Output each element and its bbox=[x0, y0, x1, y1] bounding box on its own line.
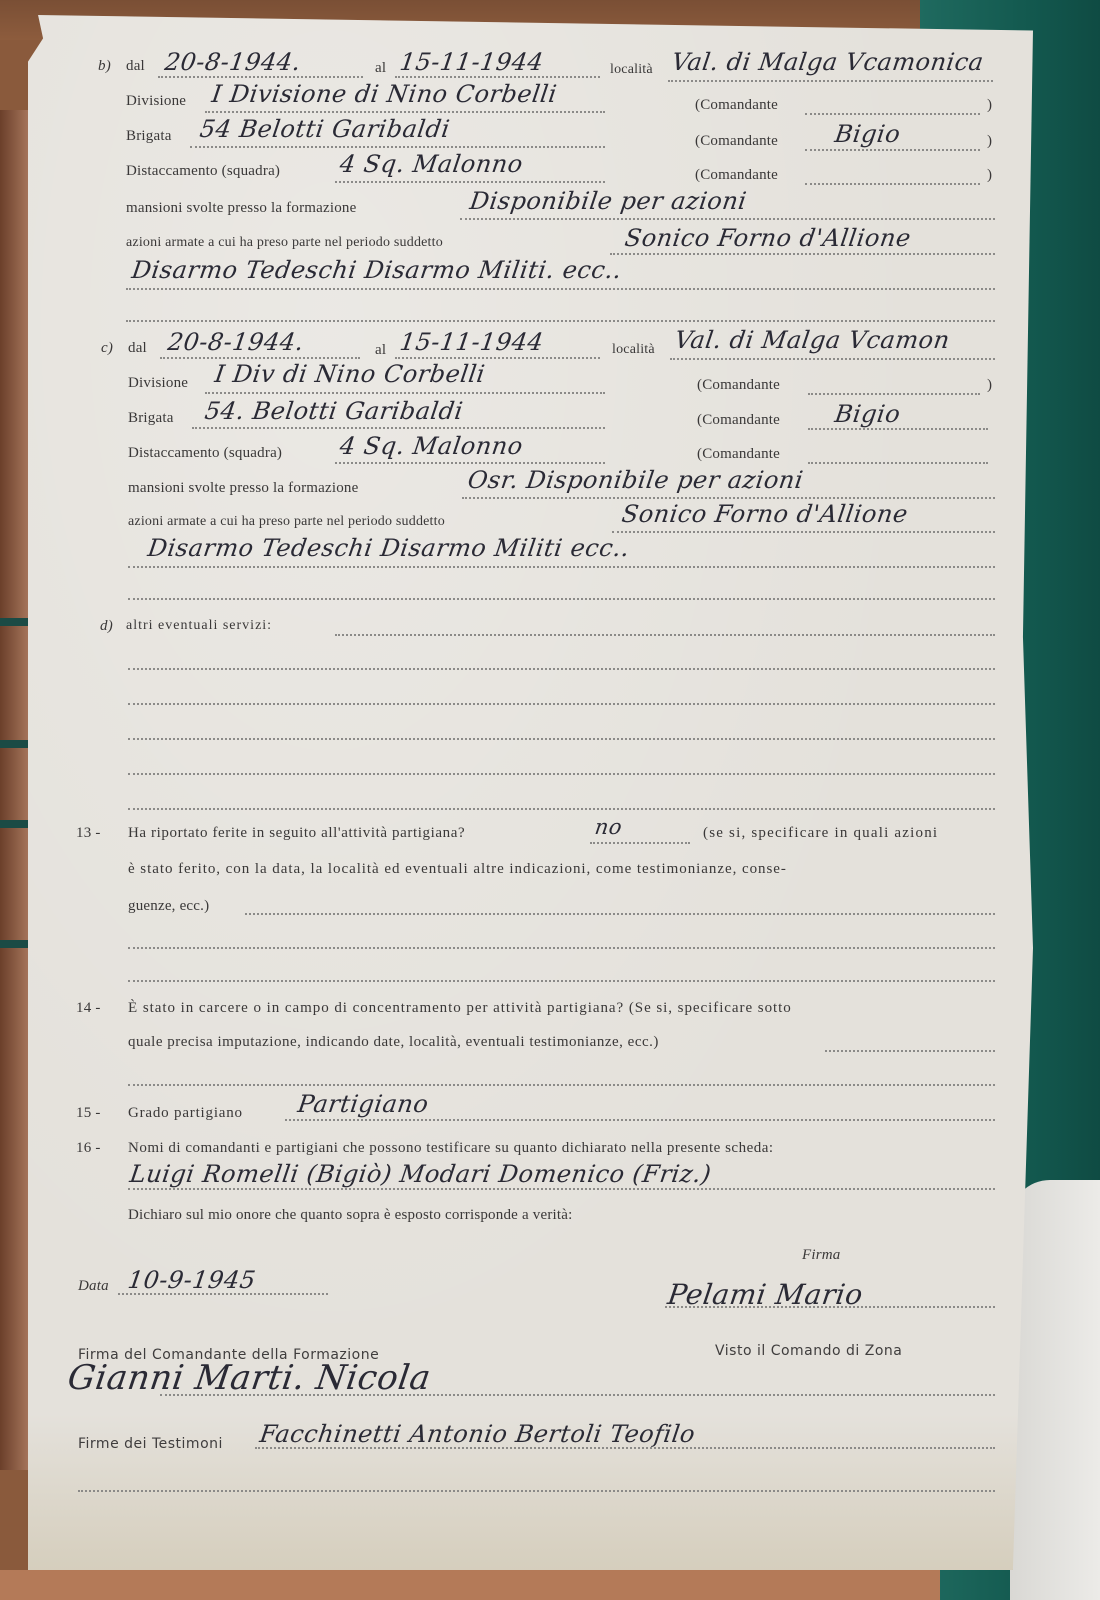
dal-field-line bbox=[160, 357, 360, 359]
distaccamento-value: 4 Sq. Malonno bbox=[338, 432, 525, 460]
divisione-label: Divisione bbox=[126, 93, 186, 110]
q15-answer: Partigiano bbox=[296, 1090, 430, 1118]
mansioni-field-line bbox=[460, 218, 995, 220]
al-field-line bbox=[395, 357, 600, 359]
q13-text: Ha riportato ferite in seguito all'attiv… bbox=[128, 825, 465, 842]
al-label: al bbox=[375, 60, 386, 77]
azioni-value-line1: Sonico Forno d'Allione bbox=[623, 224, 913, 252]
blank-line bbox=[128, 808, 995, 810]
comandante-field-line bbox=[160, 1394, 995, 1396]
divisione-field-line bbox=[205, 392, 605, 394]
testimoni-signatures: Facchinetti Antonio Bertoli Teofilo bbox=[258, 1420, 697, 1448]
comandante-label: (Comandante bbox=[695, 97, 778, 114]
blank-line bbox=[128, 980, 995, 982]
q14-text-line2: quale precisa imputazione, indicando dat… bbox=[128, 1034, 659, 1051]
mansioni-value: Osr. Disponibile per azioni bbox=[466, 466, 805, 494]
blank-line bbox=[78, 1490, 995, 1492]
mansioni-field-line bbox=[462, 497, 995, 499]
comandante-field-line bbox=[808, 428, 988, 430]
left-band bbox=[0, 740, 30, 748]
comandante-field-line bbox=[805, 113, 980, 115]
section-b-label: b) bbox=[98, 58, 111, 75]
altri-servizi-field-line bbox=[335, 634, 995, 636]
comandante-field-line bbox=[808, 393, 980, 395]
divisione-value: I Div di Nino Corbelli bbox=[213, 360, 487, 388]
comandante-field-line bbox=[805, 149, 980, 151]
comandante-label: (Comandante bbox=[695, 167, 778, 184]
brigata-value: 54 Belotti Garibaldi bbox=[198, 115, 452, 143]
localita-label: località bbox=[610, 62, 653, 78]
brigata-field-line bbox=[190, 146, 605, 148]
comandante-label: (Comandante bbox=[697, 446, 780, 463]
q16-answer-line bbox=[128, 1188, 995, 1190]
azioni-label: azioni armate a cui ha preso parte nel p… bbox=[128, 514, 445, 530]
blank-line bbox=[128, 668, 995, 670]
blank-line bbox=[128, 1084, 995, 1086]
testimoni-field-line bbox=[255, 1447, 995, 1449]
q15-answer-line bbox=[285, 1119, 995, 1121]
blank-line bbox=[128, 773, 995, 775]
azioni-field-line bbox=[612, 531, 995, 533]
wood-background-bottom bbox=[0, 1570, 940, 1600]
brigata-comandante-value: Bigio bbox=[833, 120, 902, 148]
al-value: 15-11-1944 bbox=[398, 328, 545, 356]
comandante-label: (Comandante bbox=[697, 412, 780, 429]
al-value: 15-11-1944 bbox=[398, 48, 545, 76]
white-paper-corner bbox=[1010, 1180, 1100, 1600]
mansioni-label: mansioni svolte presso la formazione bbox=[126, 200, 356, 217]
dal-label: dal bbox=[128, 340, 147, 357]
q14-answer-line bbox=[825, 1050, 995, 1052]
blank-line bbox=[128, 738, 995, 740]
comandante-field-line bbox=[808, 462, 988, 464]
q15-number: 15 - bbox=[76, 1105, 101, 1122]
testimoni-label: Firme dei Testimoni bbox=[78, 1436, 223, 1452]
firma-label: Firma bbox=[802, 1247, 841, 1264]
comandante-field-line bbox=[805, 183, 980, 185]
left-band bbox=[0, 618, 30, 626]
q15-text: Grado partigiano bbox=[128, 1105, 243, 1122]
close-paren: ) bbox=[987, 133, 992, 150]
q16-answer: Luigi Romelli (Bigiò) Modari Domenico (F… bbox=[128, 1160, 713, 1188]
distaccamento-label: Distaccamento (squadra) bbox=[128, 445, 282, 462]
close-paren: ) bbox=[987, 97, 992, 114]
distaccamento-value: 4 Sq. Malonno bbox=[338, 150, 525, 178]
azioni-value-line1: Sonico Forno d'Allione bbox=[620, 500, 910, 528]
firma-signature: Pelami Mario bbox=[666, 1278, 865, 1311]
q13-answer: no bbox=[593, 815, 624, 839]
brigata-field-line bbox=[192, 427, 605, 429]
close-paren: ) bbox=[987, 167, 992, 184]
distaccamento-label: Distaccamento (squadra) bbox=[126, 163, 280, 180]
section-c-label: c) bbox=[101, 340, 113, 357]
comandante-label: (Comandante bbox=[695, 133, 778, 150]
close-paren: ) bbox=[987, 377, 992, 394]
al-field-line bbox=[395, 76, 600, 78]
section-d-label: d) bbox=[100, 618, 113, 635]
azioni-field-line bbox=[610, 253, 995, 255]
azioni-value-line2: Disarmo Tedeschi Disarmo Militi. ecc.. bbox=[130, 256, 624, 284]
al-label: al bbox=[375, 342, 386, 359]
dal-value: 20-8-1944. bbox=[163, 48, 303, 76]
divisione-label: Divisione bbox=[128, 375, 188, 392]
localita-field-line bbox=[670, 358, 995, 360]
comandante-label: (Comandante bbox=[697, 377, 780, 394]
distaccamento-field-line bbox=[335, 462, 605, 464]
declaration-text: Dichiaro sul mio onore che quanto sopra … bbox=[128, 1207, 573, 1224]
dal-label: dal bbox=[126, 58, 145, 75]
left-band bbox=[0, 940, 30, 948]
q13-text-line2: è stato ferito, con la data, la località… bbox=[128, 861, 787, 878]
azioni-field-line-2 bbox=[126, 288, 995, 290]
distaccamento-field-line bbox=[335, 181, 605, 183]
divisione-field-line bbox=[205, 111, 605, 113]
q16-number: 16 - bbox=[76, 1140, 101, 1157]
azioni-field-line-2 bbox=[128, 566, 995, 568]
divisione-value: I Divisione di Nino Corbelli bbox=[210, 80, 559, 108]
left-band bbox=[0, 820, 30, 828]
localita-value: Val. di Malga Vcamonica bbox=[670, 48, 986, 76]
q13-number: 13 - bbox=[76, 825, 101, 842]
blank-line bbox=[128, 598, 995, 600]
azioni-value-line2: Disarmo Tedeschi Disarmo Militi ecc.. bbox=[146, 534, 631, 562]
dal-field-line bbox=[158, 76, 363, 78]
visto-comando-zona-label: Visto il Comando di Zona bbox=[715, 1343, 902, 1359]
data-value: 10-9-1945 bbox=[126, 1266, 258, 1294]
brigata-value: 54. Belotti Garibaldi bbox=[203, 397, 465, 425]
comandante-signature: Gianni Marti. Nicola bbox=[65, 1358, 433, 1398]
mansioni-label: mansioni svolte presso la formazione bbox=[128, 480, 358, 497]
data-label: Data bbox=[78, 1278, 109, 1295]
blank-line bbox=[128, 703, 995, 705]
mansioni-value: Disponibile per azioni bbox=[468, 187, 749, 215]
q13-text-tail: (se si, specificare in quali azioni bbox=[703, 825, 938, 842]
left-binding-strip bbox=[0, 110, 30, 1470]
q16-text: Nomi di comandanti e partigiani che poss… bbox=[128, 1140, 774, 1157]
q13-answer-line bbox=[590, 842, 690, 844]
q14-number: 14 - bbox=[76, 1000, 101, 1017]
brigata-comandante-value: Bigio bbox=[833, 400, 902, 428]
localita-value: Val. di Malga Vcamon bbox=[673, 326, 952, 354]
q13-text-line3: guenze, ecc.) bbox=[128, 898, 209, 915]
azioni-label: azioni armate a cui ha preso parte nel p… bbox=[126, 235, 443, 251]
brigata-label: Brigata bbox=[126, 128, 172, 145]
brigata-label: Brigata bbox=[128, 410, 174, 427]
blank-line bbox=[126, 320, 995, 322]
altri-servizi-label: altri eventuali servizi: bbox=[126, 618, 272, 634]
q13-detail-line bbox=[245, 913, 995, 915]
localita-field-line bbox=[668, 80, 993, 82]
localita-label: località bbox=[612, 342, 655, 358]
dal-value: 20-8-1944. bbox=[166, 328, 306, 356]
blank-line bbox=[128, 947, 995, 949]
q14-text: È stato in carcere o in campo di concent… bbox=[128, 1000, 792, 1017]
